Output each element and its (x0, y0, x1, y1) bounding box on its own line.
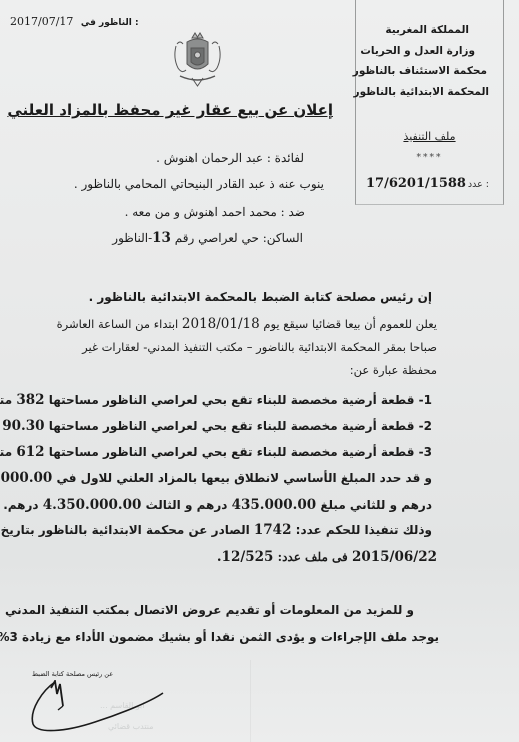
item-area: 612 (16, 444, 44, 460)
announcement-title: إعلان عن بيع عقار غير محفظ بالمزاد العلن… (7, 101, 333, 119)
price-text-a: درهم و للثاني مبلغ (320, 498, 432, 512)
property-item-2: 2- قطعة أرضية مخصصة للبناء تقع بحي لعراص… (0, 418, 432, 434)
judgment-file-label: فى ملف عدد: (278, 550, 348, 564)
residence-prefix: الساكن: حي لعراصي رقم (175, 231, 303, 245)
representative-line: ينوب عنه ذ عبد القادر البنيحاتي المحامي … (74, 177, 324, 191)
paper-fold (250, 660, 251, 742)
item-index: 1- (419, 393, 432, 407)
item-text: قطعة أرضية مخصصة للبناء تقع بحي لعراصي ا… (49, 393, 415, 407)
announce-text-b: ابتداء من الساعة العاشرة (57, 317, 179, 331)
document-page: 2017/07/17 الناظور في : المملكة المغربية… (0, 0, 519, 742)
beneficiary-line: لفائدة : عبد الرحمان اهنوش . (156, 151, 304, 165)
item-index: 3- (419, 445, 432, 459)
price-line-1: و قد حدد المبلغ الأساسي لانطلاق بيعها با… (0, 470, 432, 486)
institution-line-ministry: وزارة العدل و الحريات (360, 45, 475, 57)
date-label: الناظور في : (81, 18, 139, 28)
against-line: ضد : محمد احمد اهنوش و من معه . (125, 205, 305, 219)
file-number: 17/6201/1588 (366, 176, 466, 191)
property-item-1: 1- قطعة أرضية مخصصة للبناء تقع بحي لعراص… (0, 392, 432, 408)
judgment-line-2: 2015/06/22 فى ملف عدد: 12/525. (217, 549, 437, 565)
info-line-1: و للمزيد من المعلومات أو تقديم عروض الات… (0, 603, 414, 617)
announce-line-3: محفظة عبارة عن: (350, 363, 437, 377)
judgment-file-number: 12/525. (217, 549, 274, 565)
item-area: 90.30 (2, 418, 44, 434)
judgment-number: 1742 (254, 522, 292, 538)
execution-file-label: ملف التنفيذ (356, 130, 503, 143)
price-text-b: درهم و الثالث (146, 498, 228, 512)
price-text-c: درهم. (3, 498, 38, 512)
court-header-box: المملكة المغربية وزارة العدل و الحريات م… (355, 0, 504, 205)
document-date: 2017/07/17 الناظور في : (10, 15, 139, 28)
item-unit: مترا. (0, 445, 12, 459)
date-value: 2017/07/17 (10, 15, 73, 28)
judgment-text-b: الصادر عن محكمة الابتدائية بالناظور بتار… (1, 523, 250, 537)
file-number-label: عدد : (468, 179, 489, 190)
announce-text-a: يعلن للعموم أن بيعا قضائيا سيقع يوم (263, 317, 437, 331)
handwritten-signature-icon (25, 680, 165, 735)
institution-line-kingdom: المملكة المغربية (385, 24, 469, 36)
residence-suffix: -الناظور (112, 231, 152, 245)
price-first: 1.500.000.00 (0, 470, 52, 486)
price-line-2: درهم و للثاني مبلغ 435.000.00 درهم و الث… (3, 497, 432, 513)
item-text: قطعة أرضية مخصصة للبناء تقع بحي لعراصي ا… (49, 445, 415, 459)
info-line-2: يوجد ملف الإجراءات و يؤدى الثمن نقدا أو … (0, 630, 439, 644)
price-text: و قد حدد المبلغ الأساسي لانطلاق بيعها با… (57, 471, 433, 485)
announce-line-2: صباحا بمقر المحكمة الابتدائية بالناضور –… (82, 340, 437, 354)
judgment-line-1: وذلك تنفيذا للحكم عدد: 1742 الصادر عن مح… (1, 522, 432, 538)
intro-line: إن رئيس مصلحة كتابة الضبط بالمحكمة الابت… (89, 290, 432, 304)
residence-number: 13 (152, 230, 171, 246)
signature-label: عن رئيس مصلحة كتابة الضبط (32, 670, 113, 678)
file-stars: **** (356, 153, 503, 163)
announce-line-1: يعلن للعموم أن بيعا قضائيا سيقع يوم 2018… (57, 316, 437, 332)
judgment-date: 2015/06/22 (352, 549, 437, 565)
item-index: 2- (419, 419, 432, 433)
property-item-3: 3- قطعة أرضية مخصصة للبناء تقع بحي لعراص… (0, 444, 432, 460)
institution-line-first-instance-court: المحكمة الابتدائية بالناظور (354, 86, 489, 98)
judgment-text-a: وذلك تنفيذا للحكم عدد: (296, 523, 432, 537)
item-area: 382 (16, 392, 44, 408)
item-text: قطعة أرضية مخصصة للبناء تقع بحي لعراصي ا… (49, 419, 415, 433)
price-third: 4.350.000.00 (43, 497, 142, 513)
moroccan-coat-of-arms-icon (170, 30, 225, 90)
item-unit: مترا. (0, 393, 12, 407)
institution-line-appeal-court: محكمة الاستئناف بالناظور (353, 65, 487, 77)
price-second: 435.000.00 (232, 497, 317, 513)
auction-date: 2018/01/18 (182, 316, 260, 332)
residence-line: الساكن: حي لعراصي رقم 13-الناظور (112, 230, 303, 246)
